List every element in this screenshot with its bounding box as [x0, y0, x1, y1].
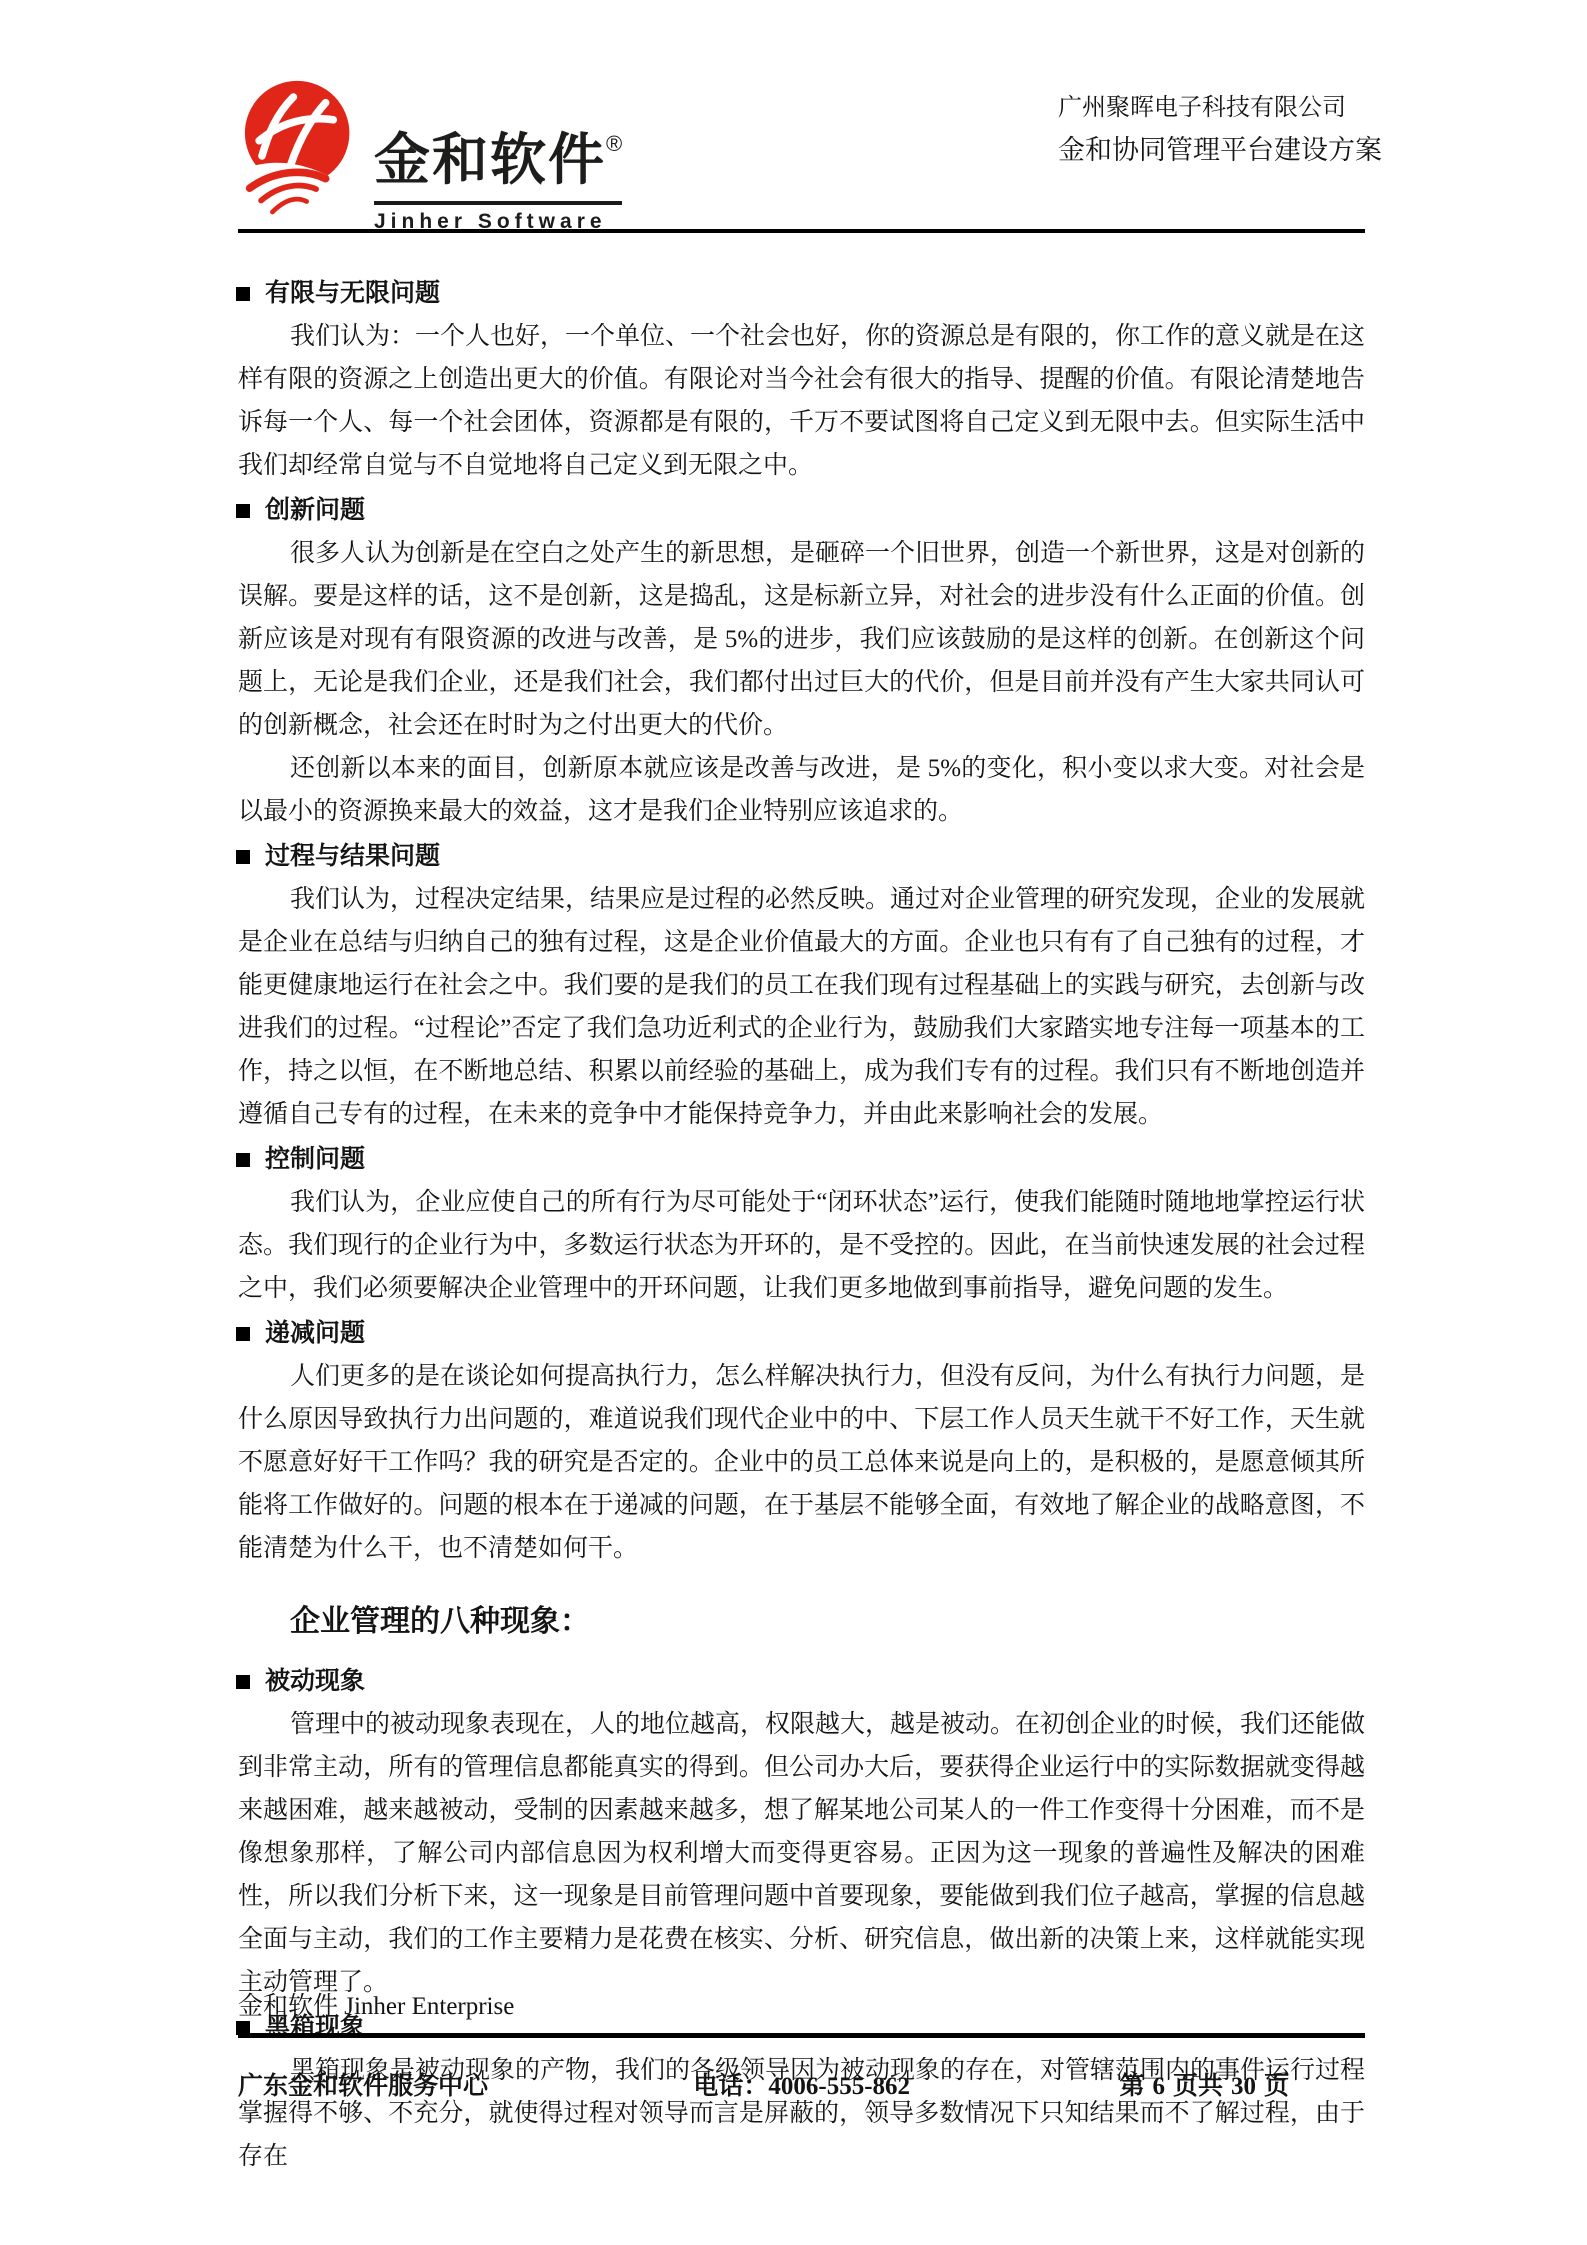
body-paragraph: 我们认为，企业应使自己的所有行为尽可能处于“闭环状态”运行，使我们能随时随地地掌…: [238, 1181, 1365, 1310]
body-paragraph: 管理中的被动现象表现在，人的地位越高，权限越大，越是被动。在初创企业的时候，我们…: [238, 1703, 1365, 2004]
body-paragraph: 很多人认为创新是在空白之处产生的新思想，是砸碎一个旧世界，创造一个新世界，这是对…: [238, 532, 1365, 747]
jinher-logo-icon: [238, 78, 362, 230]
body-subtitle: 企业管理的八种现象：: [238, 1596, 1365, 1648]
header-right-block: 广州聚晖电子科技有限公司 金和协同管理平台建设方案: [1058, 96, 1382, 164]
document-page: 金和软件® Jinher Software 广州聚晖电子科技有限公司 金和协同管…: [0, 0, 1587, 2245]
footer-page-number: 第6页共30页: [1115, 2066, 1293, 2102]
footer-phone-number: 4006-555-862: [768, 2073, 910, 2100]
body-paragraph: 我们认为：一个人也好，一个单位、一个社会也好，你的资源总是有限的，你工作的意义就…: [238, 315, 1365, 487]
bullet-square-icon: [236, 1153, 250, 1167]
bullet-section-heading: 控制问题: [238, 1138, 1365, 1181]
bullet-section-heading: 过程与结果问题: [238, 835, 1365, 878]
body-paragraph: 还创新以本来的面目，创新原本就应该是改善与改进，是 5%的变化，积小变以求大变。…: [238, 747, 1365, 833]
bullet-square-icon: [236, 1327, 250, 1341]
logo-text: 金和软件® Jinher Software: [374, 116, 622, 234]
bullet-square-icon: [236, 504, 250, 518]
bullet-section-heading: 创新问题: [238, 489, 1365, 532]
body-paragraph: 我们认为，过程决定结果，结果应是过程的必然反映。通过对企业管理的研究发现，企业的…: [238, 878, 1365, 1136]
section-heading-label: 过程与结果问题: [265, 835, 440, 878]
page-number-suffix: 页: [1264, 2073, 1289, 2100]
body-paragraph: 人们更多的是在谈论如何提高执行力，怎么样解决执行力，但没有反问，为什么有执行力问…: [238, 1355, 1365, 1570]
bullet-square-icon: [236, 850, 250, 864]
company-name: 广州聚晖电子科技有限公司: [1058, 96, 1382, 120]
bullet-section-heading: 有限与无限问题: [238, 272, 1365, 315]
footer-divider: [238, 2033, 1365, 2038]
bullet-section-heading: 被动现象: [238, 1660, 1365, 1703]
footer-phone-label: 电话：: [693, 2073, 768, 2100]
section-heading-label: 被动现象: [265, 1660, 365, 1703]
document-body: 有限与无限问题我们认为：一个人也好，一个单位、一个社会也好，你的资源总是有限的，…: [238, 270, 1365, 2178]
bullet-square-icon: [236, 1675, 250, 1689]
jinher-logo: 金和软件® Jinher Software: [238, 78, 622, 234]
page-number-current: 6: [1152, 2073, 1165, 2100]
section-heading-label: 创新问题: [265, 489, 365, 532]
page-number-total: 30: [1231, 2073, 1256, 2100]
footer-service-center: 广东金和软件服务中心: [238, 2066, 488, 2102]
bullet-section-heading: 递减问题: [238, 1312, 1365, 1355]
footer-brand-line: 金和软件 Jinher Enterprise: [238, 1986, 514, 2022]
registered-trademark-icon: ®: [606, 131, 622, 156]
section-heading-label: 递减问题: [265, 1312, 365, 1355]
header-divider: [238, 229, 1365, 233]
section-heading-label: 有限与无限问题: [265, 272, 440, 315]
document-title: 金和协同管理平台建设方案: [1058, 137, 1382, 164]
logo-brand-cn: 金和软件: [374, 128, 606, 191]
section-heading-label: 控制问题: [265, 1138, 365, 1181]
footer-phone: 电话：4006-555-862: [693, 2066, 910, 2102]
page-number-middle: 页共: [1173, 2073, 1223, 2100]
bullet-square-icon: [236, 287, 250, 301]
page-number-prefix: 第: [1119, 2073, 1144, 2100]
page-footer: 广东金和软件服务中心 电话：4006-555-862 第6页共30页: [238, 2066, 1365, 2102]
